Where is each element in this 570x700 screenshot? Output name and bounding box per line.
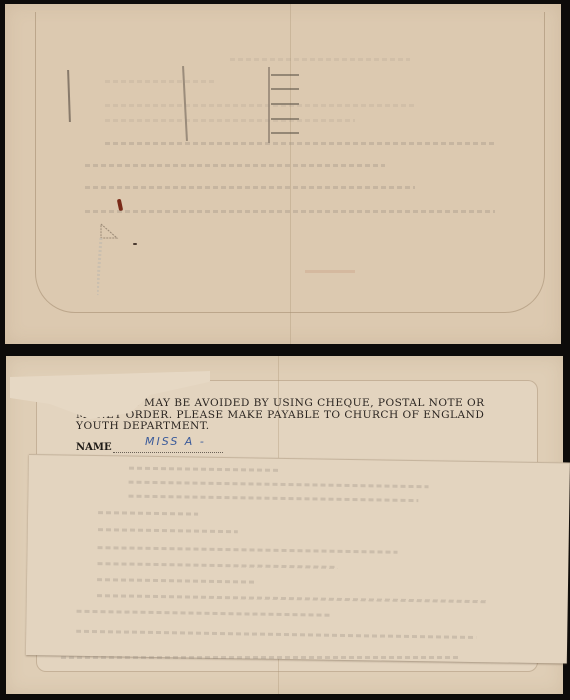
- typed-line: [97, 594, 487, 603]
- typed-line: [129, 481, 429, 489]
- typed-line: [76, 630, 476, 639]
- typed-line: [98, 546, 398, 554]
- name-label: NAME: [76, 442, 112, 453]
- typed-line: [97, 578, 257, 584]
- typed-line: [98, 511, 198, 516]
- ink-dot: [133, 243, 137, 245]
- typed-line: [98, 528, 238, 533]
- typed-line: [128, 495, 418, 503]
- envelope-back-panel: [5, 4, 561, 344]
- typed-line: [129, 467, 279, 472]
- show-through-text-line: [85, 186, 415, 189]
- fold-crease: [290, 4, 291, 344]
- faint-stain: [305, 270, 355, 273]
- show-through-text-line: [105, 80, 215, 83]
- envelope-front-panel: IBLE LOSS MAY BE AVOIDED BY USING CHEQUE…: [6, 356, 563, 694]
- typed-line-below-sheet: [61, 656, 461, 659]
- typed-line: [77, 610, 332, 617]
- notice-line-3: YOUTH DEPARTMENT.: [76, 421, 502, 433]
- show-through-text-line: [85, 210, 495, 213]
- show-through-text-line: [85, 164, 385, 167]
- show-through-text-line: [105, 104, 415, 107]
- show-through-text-line: [230, 58, 410, 61]
- name-handwritten-value: MISS A -: [145, 435, 206, 448]
- typed-line: [97, 562, 337, 569]
- show-through-text-line: [105, 119, 355, 122]
- show-through-text-line: [105, 142, 495, 145]
- pencil-triangle-mark: [97, 220, 127, 310]
- typed-letter-sheet: [26, 454, 570, 663]
